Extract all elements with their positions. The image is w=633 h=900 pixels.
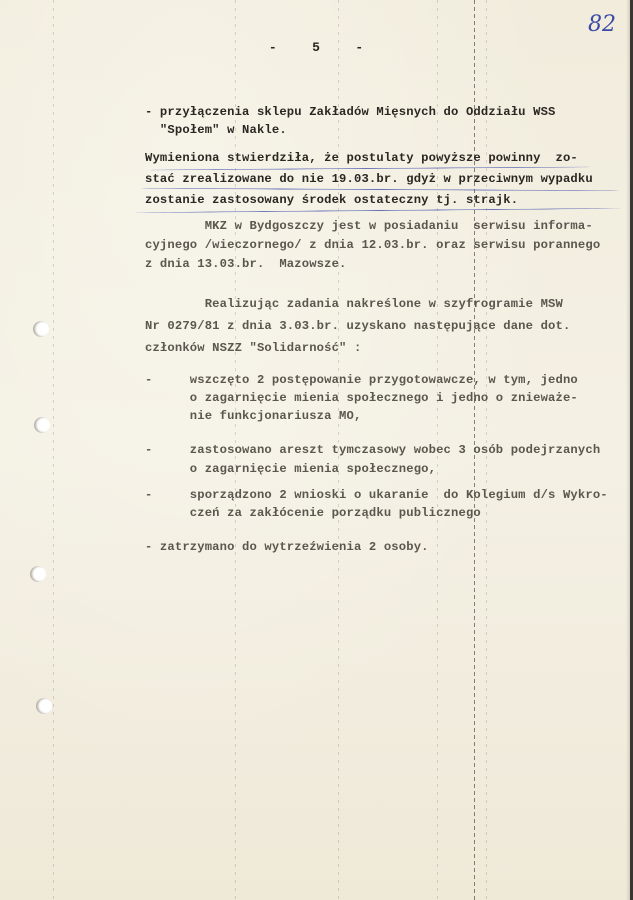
pen-underline	[140, 188, 620, 192]
list-item-line: o zagarnięcie mienia społecznego i jedno…	[145, 390, 578, 406]
pen-underline	[135, 208, 620, 213]
text-line: cyjnego /wieczornego/ z dnia 12.03.br. o…	[145, 237, 600, 253]
archive-number: 82	[588, 12, 616, 37]
punch-hole	[33, 321, 49, 337]
list-item-line: - zatrzymano do wytrzeźwienia 2 osoby.	[145, 539, 429, 555]
list-item-line: o zagarnięcie mienia społecznego,	[145, 461, 436, 477]
list-item-line: - zastosowano areszt tymczasowy wobec 3 …	[145, 442, 600, 458]
text-line: stać zrealizowane do nie 19.03.br. gdyż …	[145, 171, 593, 187]
text-line: członków NSZZ "Solidarność" :	[145, 340, 361, 356]
text-line: Nr 0279/81 z dnia 3.03.br. uzyskano nast…	[145, 318, 570, 334]
page-number-dash: -	[330, 40, 390, 55]
punch-hole	[34, 417, 50, 433]
punch-hole	[36, 698, 52, 714]
document-page: 82 - 5 - - przyłączenia sklepu Zakładów …	[0, 0, 633, 900]
page-number-dash: -	[243, 40, 303, 55]
punch-hole	[30, 566, 46, 582]
list-item-line: czeń za zakłócenie porządku publicznego	[145, 505, 481, 521]
list-item-line: - wszczęto 2 postępowanie przygotowawcze…	[145, 372, 578, 388]
text-line: z dnia 13.03.br. Mazowsze.	[145, 256, 347, 272]
text-line: MKZ w Bydgoszczy jest w posiadaniu serwi…	[145, 218, 593, 234]
text-line: "Społem" w Nakle.	[145, 122, 287, 138]
page-number-value: 5	[312, 40, 321, 55]
list-item-line: - sporządzono 2 wnioski o ukaranie do Ko…	[145, 487, 608, 503]
text-line: - przyłączenia sklepu Zakładów Mięsnych …	[145, 104, 556, 120]
page-number: - 5 -	[0, 40, 633, 55]
list-item-line: nie funkcjonariusza MO,	[145, 408, 361, 424]
pen-underline	[150, 166, 590, 170]
text-line: zostanie zastosowany środek ostateczny t…	[145, 192, 518, 208]
scan-artifact-line	[53, 0, 54, 900]
text-line: Realizując zadania nakreślone w szyfrogr…	[145, 296, 563, 312]
text-line: Wymieniona stwierdziła, że postulaty pow…	[145, 150, 578, 166]
